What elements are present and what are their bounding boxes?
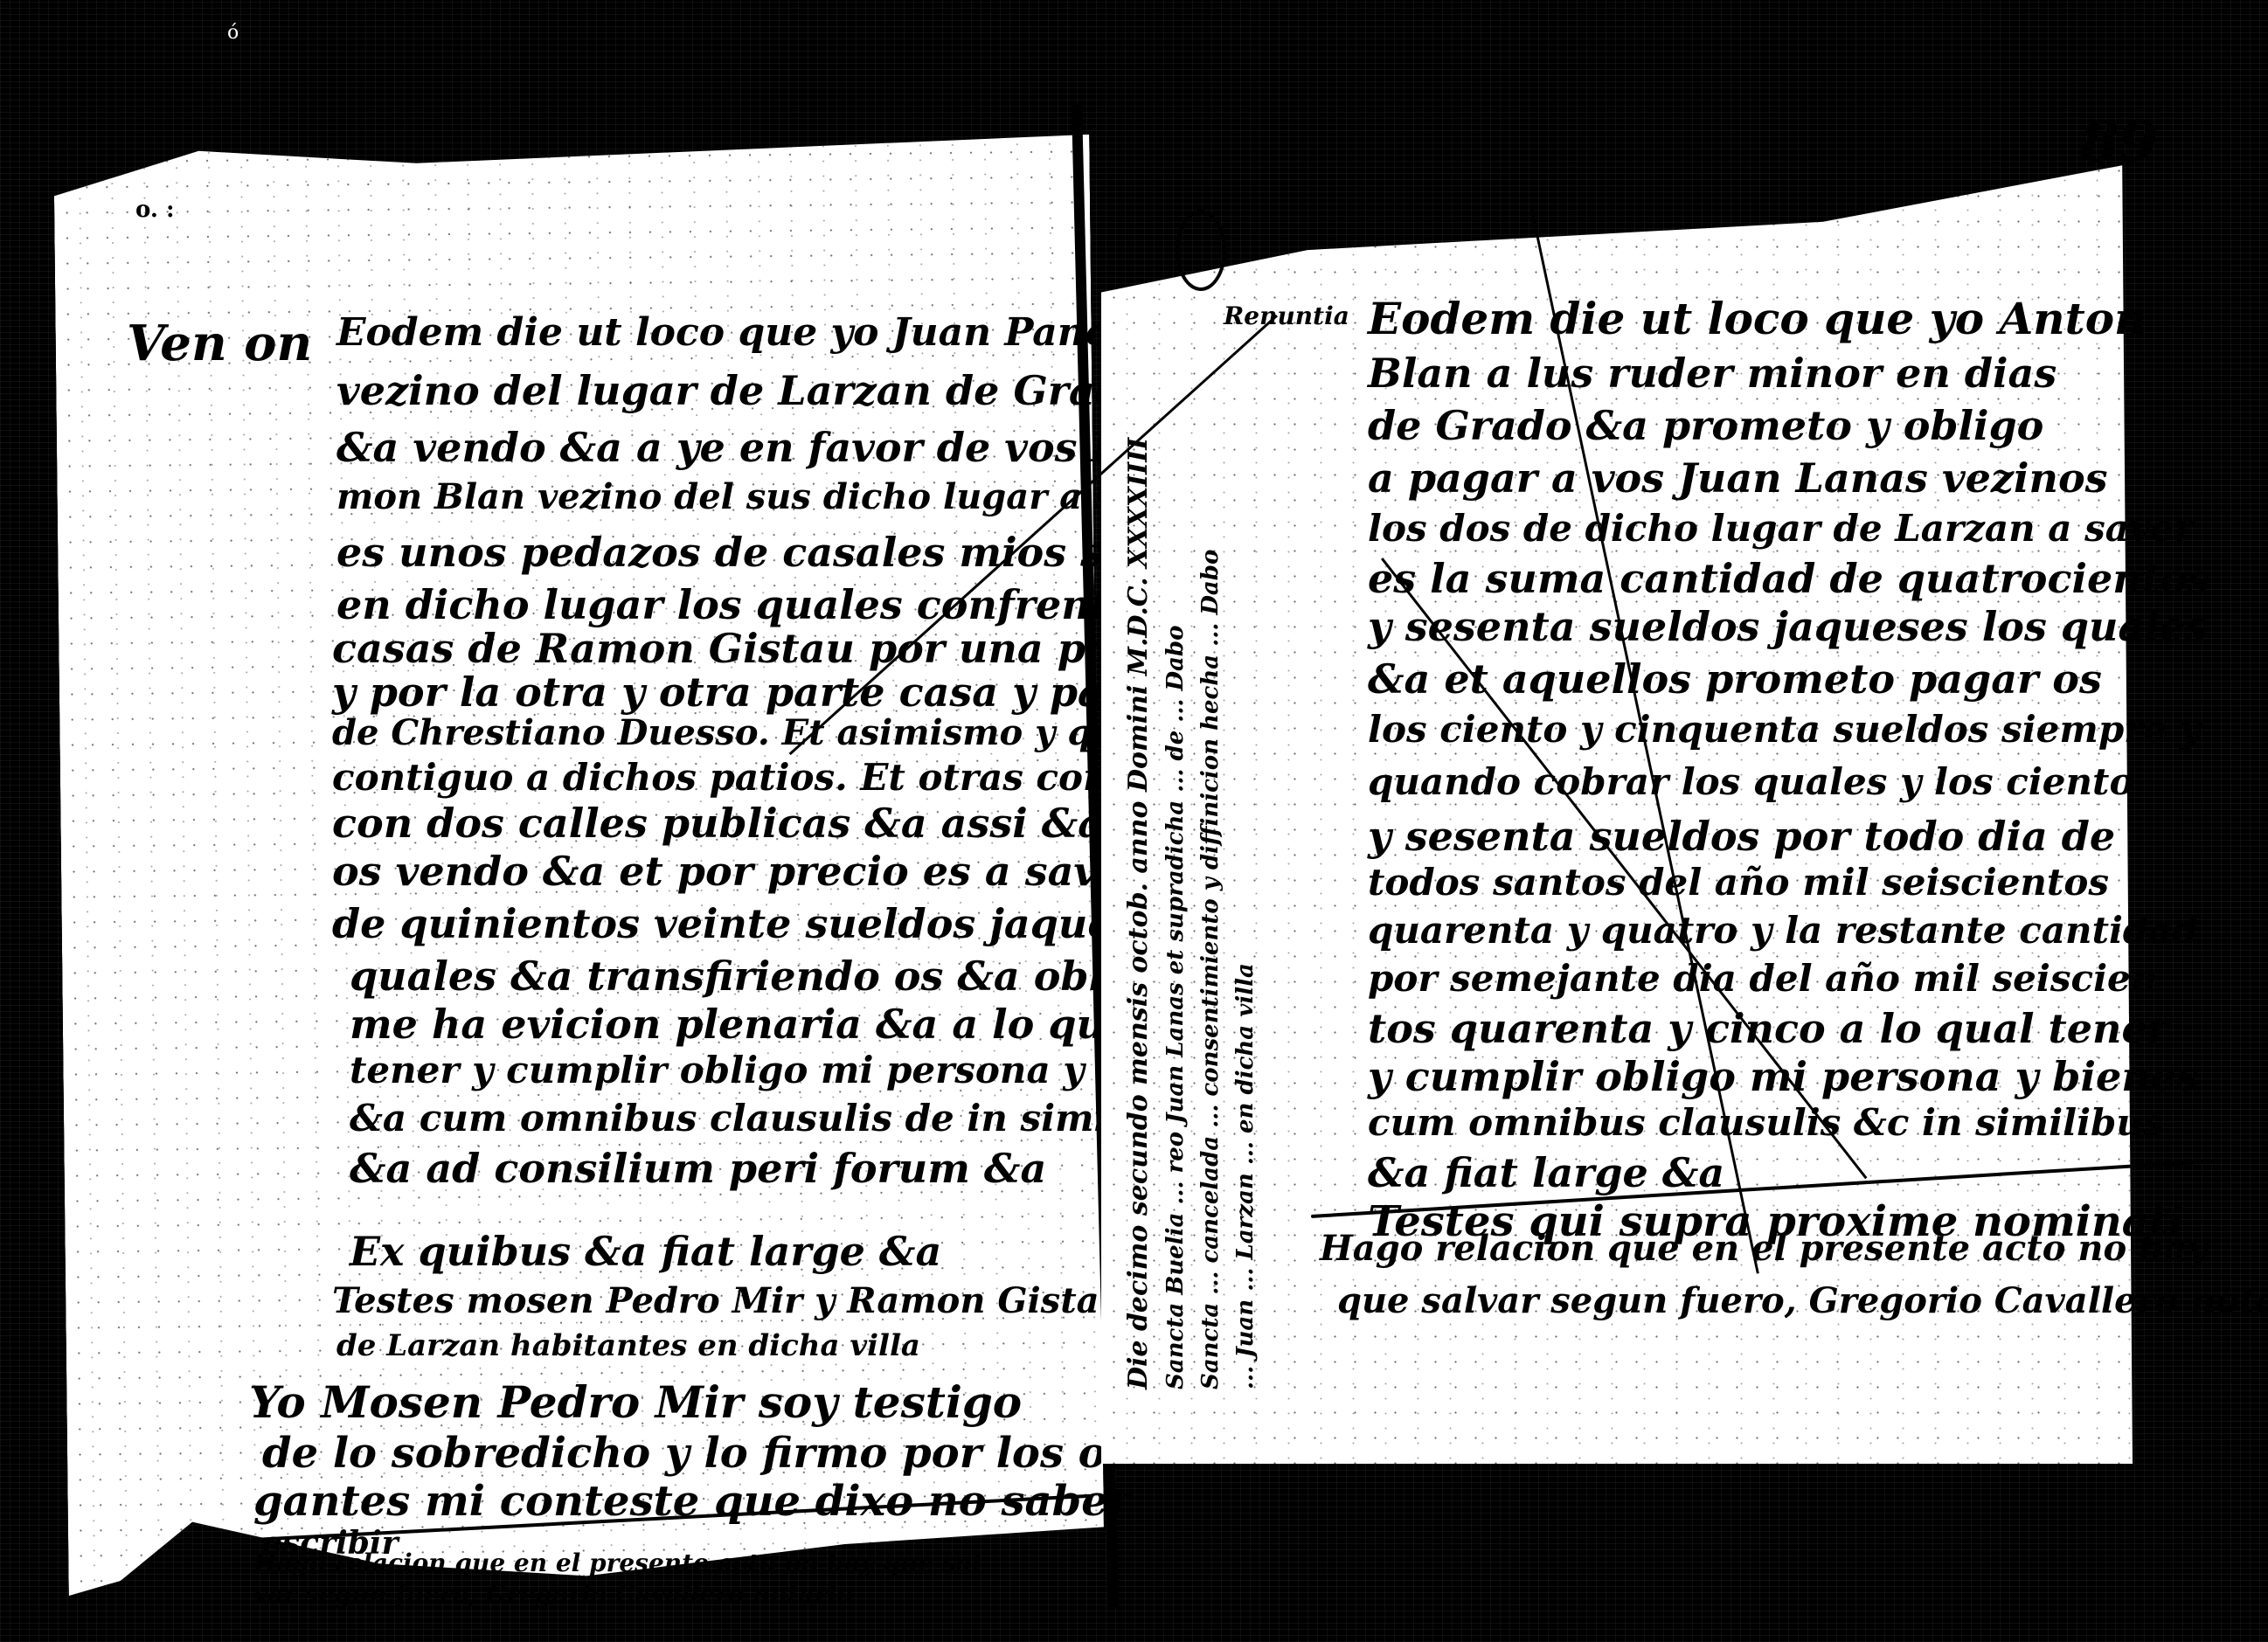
circled-margin-mark [1176, 210, 1226, 291]
right-line-11: y sesenta sueldos por todo dia de [1368, 813, 2115, 860]
right-line-2: Blan a lus ruder minor en dias [1368, 350, 2056, 397]
left-line-1: Eodem die ut loco que yo Juan Pano [336, 310, 1111, 355]
left-line-20: Testes mosen Pedro Mir y Ramon Gistau [332, 1280, 1125, 1321]
right-line-12: todos santos del año mil seiscientos [1368, 861, 2109, 904]
right-line-9: los ciento y cinquenta sueldos siempre y [1368, 708, 2201, 751]
right-line-6: es la suma cantidad de quatrocientos [1368, 555, 2209, 602]
left-line-14: quales &a transfiriendo os &a obligo [350, 953, 1174, 1000]
top-pencil-mark: o. : [135, 197, 175, 223]
left-line-10: contiguo a dichos patios. Et otras confr… [332, 756, 1236, 799]
left-margin-note: Ven on [127, 315, 312, 372]
left-line-2: vezino del lugar de Larzan de Grado [336, 367, 1150, 414]
right-line-17: cum omnibus clausulis &c in similibus [1368, 1101, 2164, 1144]
right-line-4: a pagar a vos Juan Lanas vezinos [1368, 454, 2108, 502]
left-line-22: Yo Mosen Pedro Mir soy testigo [249, 1376, 1022, 1428]
left-footer-line-1: Hago relacion que en el presente acto no… [253, 1548, 981, 1577]
right-line-5: los dos de dicho lugar de Larzan a saver [1368, 507, 2193, 550]
right-line-15: tos quarenta y cinco a lo qual tener [1368, 1005, 2168, 1052]
left-line-5: es unos pedazos de casales mios sitios [336, 529, 1202, 576]
left-line-8: y por la otra y otra parte casa y patios [332, 669, 1187, 716]
left-footer-line-2: var segun fuero, Gregorio Cavallero nota… [253, 1580, 853, 1609]
folio-number: 89 [2080, 109, 2158, 175]
right-line-18: &a fiat large &a [1368, 1149, 1724, 1196]
left-line-21: de Larzan habitantes en dicha villa [336, 1328, 920, 1363]
gutter-note-line-1: Die decimo secundo mensis octob. anno Do… [1123, 438, 1154, 1389]
left-line-12: os vendo &a et por precio es a saver [332, 848, 1144, 895]
right-line-13: quarenta y quatro y la restante cantidad [1368, 909, 2198, 952]
gutter-note-line-2: Sancta Buelia ... reo Juan Lanas et supr… [1162, 626, 1189, 1389]
right-line-10: quando cobrar los quales y los ciento [1368, 760, 2133, 803]
left-line-4: mon Blan vezino del sus dicho lugar a sa… [336, 476, 1197, 517]
right-footer-line-1: Hago relacion que en el presente acto no… [1320, 1228, 2207, 1269]
left-line-23: de lo sobredicho y lo firmo por los otor [262, 1429, 1176, 1478]
corner-scan-mark: ó [227, 22, 239, 44]
right-line-1: Eodem die ut loco que yo Anton [1368, 293, 2146, 344]
right-footer-line-2: que salvar segun fuero, Gregorio Cavalle… [1337, 1280, 2268, 1321]
left-line-19: Ex quibus &a fiat large &a [350, 1228, 941, 1275]
right-line-14: por semejante dia del año mil seiscien [1368, 957, 2157, 1000]
left-line-18: &a ad consilium peri forum &a [350, 1145, 1046, 1192]
right-line-3: de Grado &a prometo y obligo [1368, 402, 2043, 449]
right-line-7: y sesenta sueldos jaqueses los quales [1368, 603, 2208, 650]
left-line-9: de Chrestiano Duesso. Et asimismo y quie… [332, 712, 1210, 753]
left-line-17: &a cum omnibus clausulis de in similibus [350, 1097, 1209, 1140]
gutter-marginal-label: Renuntia [1224, 301, 1349, 330]
left-line-3: &a vendo &a a ye en favor de vos Pa [336, 424, 1147, 471]
gutter-note-line-4: ... Juan ... Larzan ... en dicha villa [1232, 963, 1259, 1389]
left-line-7: casas de Ramon Gistau por una parte [332, 625, 1176, 672]
right-line-16: y cumplir obligo mi persona y bienes [1368, 1053, 2199, 1100]
left-line-15: me ha evicion plenaria &a a lo qual [350, 1001, 1147, 1048]
gutter-note-line-3: Sancta ... cancelada ... consentimiento … [1197, 550, 1224, 1389]
